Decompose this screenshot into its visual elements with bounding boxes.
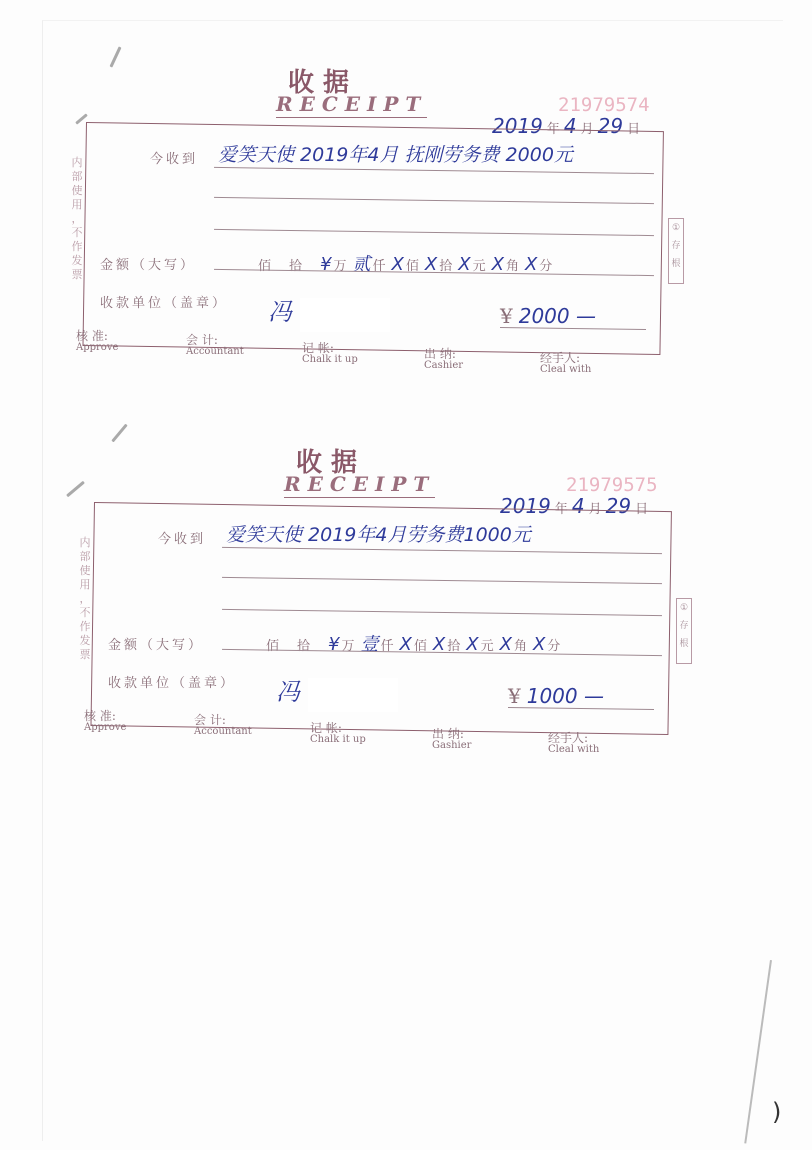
side-note: 内部使用，不作发票 <box>78 536 92 662</box>
receipt: 收 据 RECEIPT 21979575 2019年4月29日 内部使用，不作发… <box>8 440 812 780</box>
received-from-label: 今收到 <box>158 528 206 547</box>
signature-label-cn: 核 准: <box>76 329 108 343</box>
signature-label-en: Cleal with <box>548 744 599 756</box>
signature-label-cn: 记 帐: <box>302 341 334 355</box>
signature-label-en: Accountant <box>194 726 252 738</box>
amount-word-unit: 佰 <box>258 259 271 274</box>
signature-handler: 经手人:Cleal with <box>548 732 599 756</box>
stub-char: ① <box>669 219 683 237</box>
stub-char: 存 <box>669 237 683 255</box>
signature-label-en: Approve <box>76 342 118 354</box>
receipt-title-en: RECEIPT <box>284 472 435 498</box>
stub-char: 根 <box>677 635 691 653</box>
stub-char: 存 <box>677 617 691 635</box>
amount-figure-value: 2000 — <box>519 304 596 328</box>
signature-approve: 核 准:Approve <box>76 330 118 354</box>
pen-mark: ) <box>772 1098 781 1126</box>
payee-value: 冯 <box>276 672 300 707</box>
signature-label-en: Cashier <box>424 360 463 372</box>
amount-word-unit: 角 <box>506 259 519 274</box>
signature-cashier: 出 纳:Cashier <box>424 348 463 372</box>
signature-accountant: 会 计:Accountant <box>194 714 252 738</box>
signature-bookkeeping: 记 帐:Chalk it up <box>310 722 366 746</box>
stub-char: ① <box>677 599 691 617</box>
redacted-area <box>308 678 398 712</box>
amount-figure-value: 1000 — <box>527 684 604 708</box>
signature-label-cn: 记 帐: <box>310 721 342 735</box>
amount-words-label: 金额（大写） <box>108 634 204 653</box>
amount-figure: ¥1000 — <box>508 684 604 708</box>
payee-label: 收款单位（盖章） <box>108 672 236 691</box>
payee-value: 冯 <box>268 292 292 327</box>
amount-words-label: 金额（大写） <box>100 254 196 273</box>
stub-char: 根 <box>669 255 683 273</box>
received-from-value: 爱笑天使 2019年4月 抚刚劳务费 2000元 <box>218 140 573 167</box>
amount-word-digit: X <box>533 634 545 655</box>
amount-word-digit: ¥ <box>320 254 331 275</box>
receipt-serial-number: 21979575 <box>566 474 658 496</box>
side-note: 内部使用，不作发票 <box>70 156 84 282</box>
receipt-serial-number: 21979574 <box>558 94 650 116</box>
signature-label-cn: 经手人: <box>540 351 580 365</box>
received-from-label: 今收到 <box>150 148 198 167</box>
stub-label: ①存根 <box>676 598 692 664</box>
received-from-value: 爱笑天使 2019年4月劳务费1000元 <box>226 520 531 547</box>
currency-symbol: ¥ <box>508 684 521 708</box>
amount-word-unit: 拾 <box>289 259 302 274</box>
receipt-title-en: RECEIPT <box>276 92 427 118</box>
amount-word-unit: 角 <box>514 639 527 654</box>
amount-word-unit: 分 <box>539 259 552 274</box>
amount-word-digit: ¥ <box>328 634 339 655</box>
signature-label-cn: 出 纳: <box>432 727 464 741</box>
amount-word-unit: 分 <box>547 639 560 654</box>
receipt: 收 据 RECEIPT 21979574 2019年4月29日 内部使用，不作发… <box>0 60 812 400</box>
signature-label-cn: 经手人: <box>548 731 588 745</box>
signature-label-en: Approve <box>84 722 126 734</box>
amount-word-digit: X <box>525 254 537 275</box>
amount-word-unit: 佰 <box>266 639 279 654</box>
signature-label-cn: 出 纳: <box>424 347 456 361</box>
signature-label-cn: 会 计: <box>194 713 226 727</box>
signature-accountant: 会 计:Accountant <box>186 334 244 358</box>
signature-label-cn: 核 准: <box>84 709 116 723</box>
signature-label-en: Gashier <box>432 740 471 752</box>
signature-handler: 经手人:Cleal with <box>540 352 591 376</box>
currency-symbol: ¥ <box>500 304 513 328</box>
payee-label: 收款单位（盖章） <box>100 292 228 311</box>
signature-label-en: Accountant <box>186 346 244 358</box>
signature-approve: 核 准:Approve <box>84 710 126 734</box>
amount-figure: ¥2000 — <box>500 304 596 328</box>
stub-label: ①存根 <box>668 218 684 284</box>
signature-bookkeeping: 记 帐:Chalk it up <box>302 342 358 366</box>
amount-word-unit: 拾 <box>297 639 310 654</box>
signature-label-en: Cleal with <box>540 364 591 376</box>
signature-label-en: Chalk it up <box>302 354 358 366</box>
redacted-area <box>300 298 390 332</box>
signature-cashier: 出 纳:Gashier <box>432 728 471 752</box>
signature-label-en: Chalk it up <box>310 734 366 746</box>
signature-label-cn: 会 计: <box>186 333 218 347</box>
